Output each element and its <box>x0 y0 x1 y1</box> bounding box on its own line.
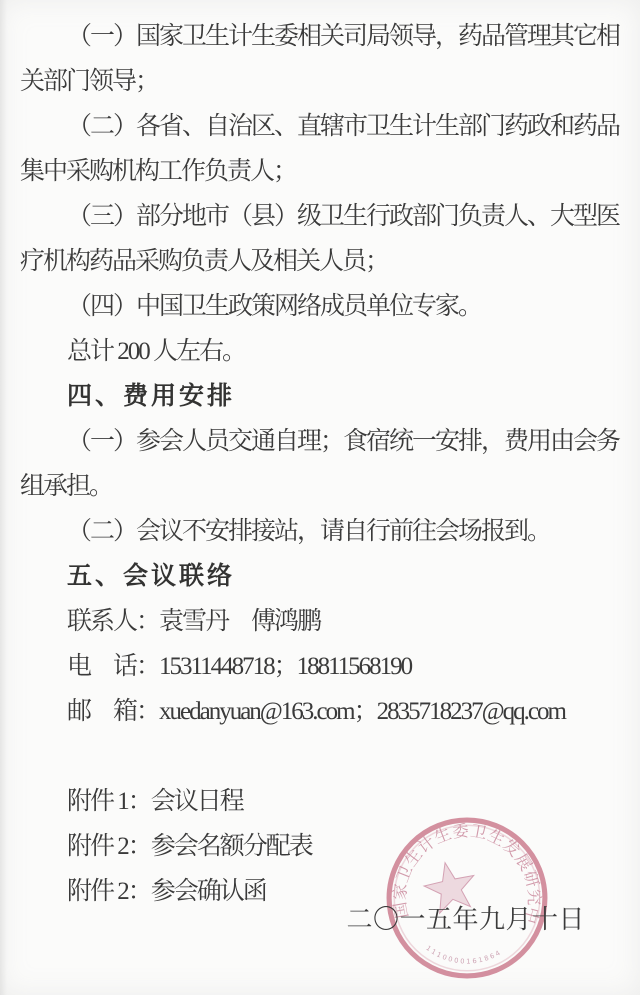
doc-line: 疗机构药品采购负责人及相关人员； <box>20 239 620 284</box>
doc-line: （一）参会人员交通自理；食宿统一安排，费用由会务 <box>20 419 620 464</box>
section-heading-fees: 四、费用安排 <box>20 374 620 419</box>
doc-line: 关部门领导； <box>20 59 620 104</box>
doc-line: （二）各省、自治区、直辖市卫生计生部门药政和药品 <box>20 104 620 149</box>
blank-line <box>20 734 620 779</box>
seal-serial-number: 1110000161864 <box>424 944 503 966</box>
contact-person-line: 联系人：袁雪丹 傅鸿鹏 <box>20 599 620 644</box>
doc-line: （二）会议不安排接站，请自行前往会场报到。 <box>20 509 620 554</box>
seal-ring <box>389 820 545 976</box>
contact-phone-line: 电 话：15311448718；18811568190 <box>20 644 620 689</box>
svg-text:1110000161864: 1110000161864 <box>424 944 503 966</box>
document-body: （一）国家卫生计生委相关司局领导，药品管理其它相 关部门领导； （二）各省、自治… <box>20 14 620 914</box>
doc-line: （三）部分地市（县）级卫生行政部门负责人、大型医 <box>20 194 620 239</box>
doc-line: （一）国家卫生计生委相关司局领导，药品管理其它相 <box>20 14 620 59</box>
document-date: 二〇一五年九月十日 <box>0 899 585 936</box>
scanned-document-page: （一）国家卫生计生委相关司局领导，药品管理其它相 关部门领导； （二）各省、自治… <box>0 0 640 995</box>
official-seal: 国家卫生计生委卫生发展研究中心 1110000161864 <box>385 816 549 980</box>
doc-line: 组承担。 <box>20 464 620 509</box>
doc-line: 集中采购机构工作负责人； <box>20 149 620 194</box>
contact-email-line: 邮 箱：xuedanyuan@163.com；2835718237@qq.com <box>20 689 620 734</box>
section-heading-contact: 五、会议联络 <box>20 554 620 599</box>
doc-line: （四）中国卫生政策网络成员单位专家。 <box>20 284 620 329</box>
doc-line: 总计 200 人左右。 <box>20 329 620 374</box>
